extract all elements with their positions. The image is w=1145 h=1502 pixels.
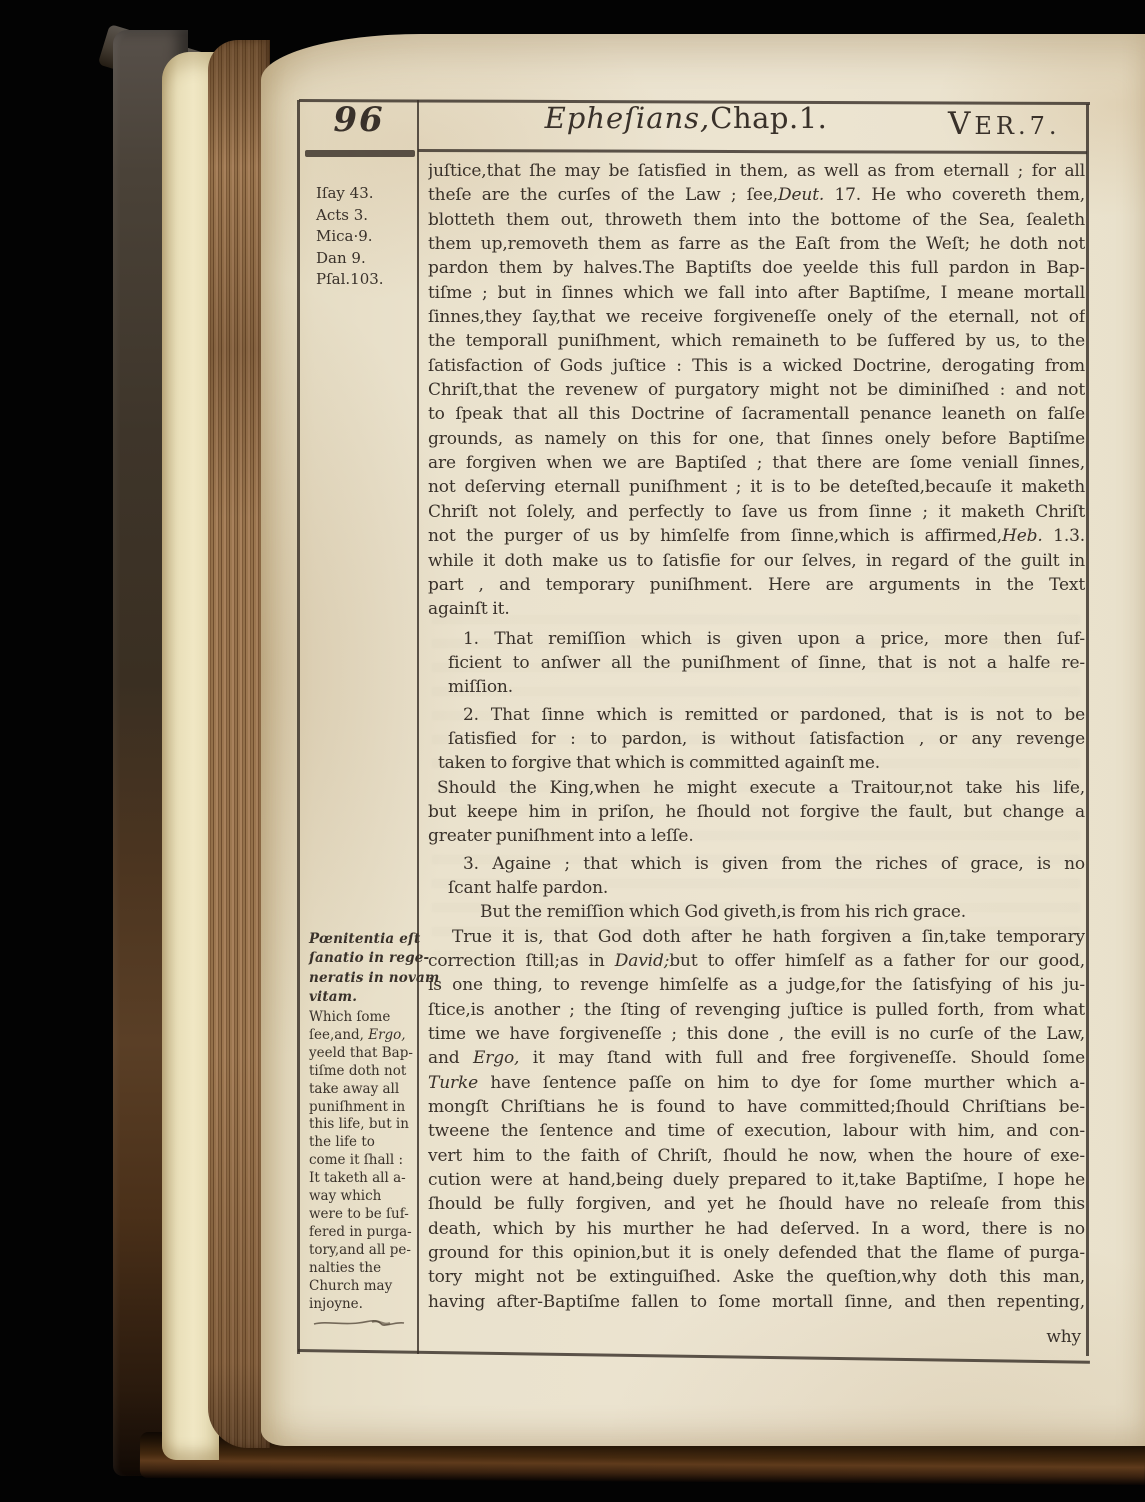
margin-note-line: yeeld that Bap-: [309, 1045, 419, 1063]
text-line: are forgiven when we are Baptiſed ; that…: [428, 451, 1085, 475]
frame-left-rule: [297, 100, 300, 1354]
text-line: tiſme ; but in ſinnes which we fall into…: [428, 281, 1085, 305]
text-line: ground for this opinion,but it is onely …: [428, 1241, 1085, 1265]
running-title-chapter: Chap.1.: [710, 101, 827, 135]
margin-reference: Pſal.103.: [316, 269, 384, 291]
margin-note-line: Which ſome: [309, 1009, 419, 1027]
margin-note-line: tiſme doth not: [309, 1063, 419, 1081]
text-line: ſatisfaction of Gods juſtice : This is a…: [428, 354, 1085, 378]
body-text: juſtice,that ſhe may be ſatisfied in the…: [428, 159, 1085, 1349]
verse-number: VER.7.: [948, 106, 1061, 142]
text-line: ſhould be fully forgiven, and yet he ſho…: [428, 1192, 1085, 1216]
text-line: but keepe him in priſon, he ſhould not f…: [428, 800, 1085, 824]
text-line: ſinnes,they ſay,that we receive forgiven…: [428, 305, 1085, 329]
margin-note: Which ſomeſee,and, Ergo,yeeld that Bap-t…: [309, 1009, 419, 1313]
text-line: Chriſt not ſolely, and perfectly to ſave…: [428, 500, 1085, 524]
margin-note-line: ſee,and, Ergo,: [309, 1027, 419, 1045]
frame-right-rule: [1086, 104, 1089, 1356]
text-line: death, which by his murther he had deſer…: [428, 1217, 1085, 1241]
text-line: vert him to the faith of Chriſt, ſhould …: [428, 1144, 1085, 1168]
margin-reference: Acts 3.: [316, 205, 384, 227]
text-line: ficient to anſwer all the puniſhment of …: [448, 651, 1085, 675]
text-line: having after-Baptiſme fallen to ſome mor…: [428, 1290, 1085, 1314]
text-line: correction ſtill;as in David;but to offe…: [428, 949, 1085, 973]
text-line: miſſion.: [448, 675, 1085, 699]
margin-reference-list: Iſay 43.Acts 3.Mica·9.Dan 9.Pſal.103.: [316, 183, 384, 291]
margin-note-line: the life to: [309, 1134, 419, 1152]
margin-reference: Mica·9.: [316, 226, 384, 248]
text-line: to ſpeak that all this Doctrine of ſacra…: [428, 402, 1085, 426]
text-line: 2. That ſinne which is remitted or pardo…: [463, 703, 1085, 727]
margin-note-latin: Pœnitentia eſtſanatio in rege-neratis in…: [309, 930, 421, 1008]
text-line: not the purger of us by himſelfe from ſi…: [428, 524, 1085, 548]
margin-note-line: Pœnitentia eſt: [309, 930, 421, 949]
margin-column-bar: [305, 150, 415, 157]
text-line: Should the King,when he might execute a …: [437, 776, 1085, 800]
text-line: tory might not be extinguiſhed. Aske the…: [428, 1265, 1085, 1289]
flourish-squiggle-icon: [312, 1317, 406, 1329]
text-line: and Ergo, it may ſtand with full and fre…: [428, 1046, 1085, 1070]
margin-note-line: injoyne.: [309, 1296, 419, 1314]
text-line: the temporall puniſhment, which remainet…: [428, 329, 1085, 353]
text-line: But the remiſſion which God giveth,is fr…: [480, 900, 1085, 924]
text-line: time we have forgiveneſſe ; this done , …: [428, 1022, 1085, 1046]
text-line: greater puniſhment into a leſſe.: [428, 824, 1085, 848]
margin-note-line: fered in purga-: [309, 1224, 419, 1242]
margin-note-line: take away all: [309, 1081, 419, 1099]
text-line: while it doth make us to ſatisfie for ou…: [428, 549, 1085, 573]
text-line: them up,removeth them as farre as the Ea…: [428, 232, 1085, 256]
text-line: ſtice,is another ; the ſting of revengin…: [428, 998, 1085, 1022]
margin-note-line: neratis in novam: [309, 969, 421, 988]
text-line: ſcant halfe pardon.: [448, 876, 1085, 900]
text-line: not deſerving eternall puniſhment ; it i…: [428, 475, 1085, 499]
text-line: grounds, as namely on this for one, that…: [428, 427, 1085, 451]
margin-note-line: ſanatio in rege-: [309, 949, 421, 968]
text-line: pardon them by halves.The Baptiſts doe y…: [428, 256, 1085, 280]
text-line: againſt it.: [428, 597, 1085, 621]
running-title: Epheſians,Chap.1.: [380, 101, 992, 135]
margin-note-line: this life, but in: [309, 1116, 419, 1134]
text-line: 1. That remiſſion which is given upon a …: [463, 627, 1085, 651]
book-photo: 96 Epheſians,Chap.1. VER.7. Iſay 43.Acts…: [0, 0, 1145, 1502]
margin-note-line: come it ſhall :: [309, 1152, 419, 1170]
margin-note-line: way which: [309, 1188, 419, 1206]
margin-note-line: nalties the: [309, 1260, 419, 1278]
text-line: mongſt Chriſtians he is found to have co…: [428, 1095, 1085, 1119]
text-line: 3. Againe ; that which is given from the…: [463, 852, 1085, 876]
body-lines: juſtice,that ſhe may be ſatisfied in the…: [428, 159, 1085, 1314]
margin-note-line: puniſhment in: [309, 1099, 419, 1117]
margin-reference: Dan 9.: [316, 248, 384, 270]
text-line: Chriſt,that the revenew of purgatory mig…: [428, 378, 1085, 402]
margin-note-line: Church may: [309, 1278, 419, 1296]
margin-note-line: vitam.: [309, 988, 421, 1007]
text-line: Turke have ſentence paſſe on him to dye …: [428, 1071, 1085, 1095]
text-line: tweene the ſentence and time of executio…: [428, 1119, 1085, 1143]
text-line: blotteth them out, throweth them into th…: [428, 208, 1085, 232]
text-line: True it is, that God doth after he hath …: [452, 925, 1085, 949]
text-line: theſe are the curſes of the Law ; ſee,De…: [428, 183, 1085, 207]
margin-note-line: tory,and all pe-: [309, 1242, 419, 1260]
text-line: cution were at hand,being duely prepared…: [428, 1168, 1085, 1192]
margin-note-line: It taketh all a-: [309, 1170, 419, 1188]
text-line: is one thing, to revenge himſelfe as a j…: [428, 973, 1085, 997]
text-line: part , and temporary puniſhment. Here ar…: [428, 573, 1085, 597]
text-line: taken to forgive that which is committed…: [438, 751, 1085, 775]
margin-reference: Iſay 43.: [316, 183, 384, 205]
margin-note-line: were to be ſuf-: [309, 1206, 419, 1224]
text-line: ſatisfied for : to pardon, is without ſa…: [448, 727, 1085, 751]
running-title-book: Epheſians,: [545, 101, 711, 135]
catchword: why: [428, 1325, 1085, 1349]
text-line: juſtice,that ſhe may be ſatisfied in the…: [428, 159, 1085, 183]
